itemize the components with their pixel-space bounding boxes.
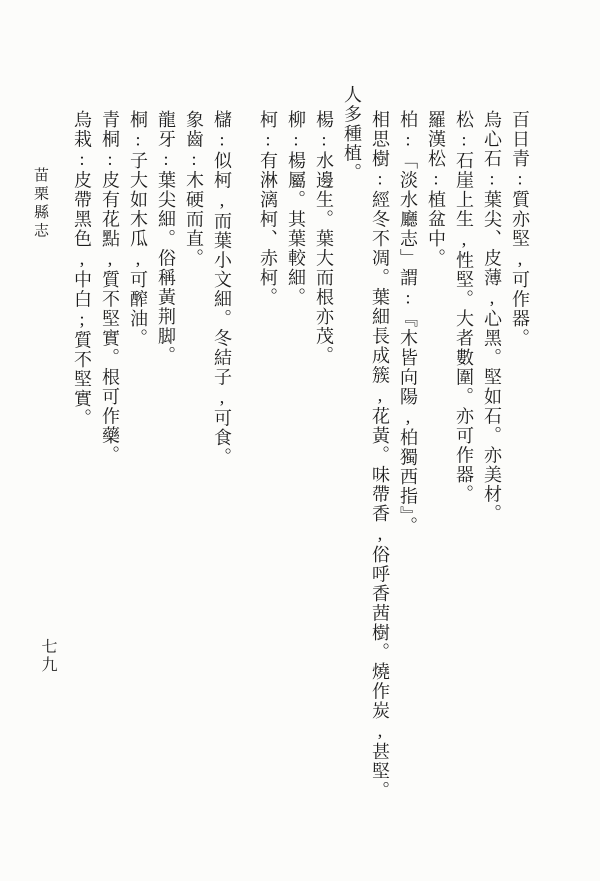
entry-1: 烏心石:葉尖、皮薄,心黑。堅如石。亦美材。 — [478, 85, 506, 815]
entry-12: 桐:子大如木瓜,可醡油。 — [124, 85, 152, 815]
entry-3: 羅漢松:植盆中。 — [422, 85, 450, 815]
book-title-margin: 苗栗縣志 — [30, 167, 51, 241]
entry-10: 象齒:木硬而直。 — [180, 85, 208, 815]
entry-8: 柯:有淋漓柯、赤柯。 — [254, 85, 282, 815]
entries-block: 百日青:質亦堅,可作器。烏心石:葉尖、皮薄,心黑。堅如石。亦美材。松:石崖上生,… — [68, 85, 534, 815]
page-number: 七九 — [36, 638, 59, 674]
entry-14: 烏栽:皮帶黑色,中白;質不堅實。 — [68, 85, 96, 815]
entry-9: 櫧:似柯,而葉小文細。冬結子,可食。 — [208, 85, 236, 815]
entry-4: 柏:「淡水廳志」謂:『木皆向陽,柏獨西指』。 — [394, 85, 422, 815]
entry-13: 青桐:皮有花點,質不堅實。根可作藥。 — [96, 85, 124, 815]
entry-5: 相思樹:經冬不凋。葉細長成簇,花黃。味帶香,俗呼香茜樹。燒作炭,甚堅。人多種植。 — [338, 85, 394, 815]
entry-7: 柳:楊屬。其葉較細。 — [282, 85, 310, 815]
entry-6: 楊:水邊生。葉大而根亦茂。 — [310, 85, 338, 815]
entry-2: 松:石崖上生,性堅。大者數圍。亦可作器。 — [450, 85, 478, 815]
entry-11: 龍牙:葉尖細。俗稱黃荆脚。 — [152, 85, 180, 815]
entry-0: 百日青:質亦堅,可作器。 — [506, 85, 534, 815]
scanned-book-page: 百日青:質亦堅,可作器。烏心石:葉尖、皮薄,心黑。堅如石。亦美材。松:石崖上生,… — [0, 0, 600, 881]
